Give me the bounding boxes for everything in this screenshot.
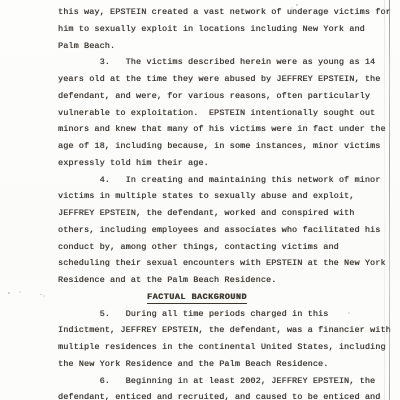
section-heading-text: FACTUAL BACKGROUND [147,292,247,304]
text-line: Indictment, JEFFREY EPSTEIN, the defenda… [58,322,336,339]
page-edge-shadow [384,0,385,400]
text-line: vulnerable to exploitation. EPSTEIN inte… [58,105,336,122]
document-lines: this way, EPSTEIN created a vast network… [58,4,336,400]
text-line: this way, EPSTEIN created a vast network… [58,4,336,21]
scan-noise-speck [40,294,42,295]
text-line: defendant, and were, for various reasons… [58,88,336,105]
page-edge-line [389,0,390,400]
text-line: years old at the time they were abused b… [58,71,336,88]
scanned-document-page: this way, EPSTEIN created a vast network… [0,0,400,400]
text-line: 6. Beginning in at least 2002, JEFFREY E… [58,373,336,390]
text-line: conduct by, among other things, contacti… [58,239,336,256]
text-line: JEFFREY EPSTEIN, the defendant, worked a… [58,205,336,222]
scan-noise-speck [8,292,10,294]
text-line: 5. During all time periods charged in th… [58,306,336,323]
text-line: 4. In creating and maintaining this netw… [58,172,336,189]
text-line: minors and knew that many of his victims… [58,121,336,138]
text-line: others, including employees and associat… [58,222,336,239]
section-heading: FACTUAL BACKGROUND [58,289,336,306]
text-line: Residence and at the Palm Beach Residenc… [58,272,336,289]
text-line: scheduling their sexual encounters with … [58,255,336,272]
text-line: defendant, enticed and recruited, and ca… [58,389,336,400]
text-line: victims in multiple states to sexually a… [58,188,336,205]
text-line: expressly told him their age. [58,155,336,172]
text-line: him to sexually exploit in locations inc… [58,21,336,38]
scan-noise-speck [348,312,350,314]
text-line: multiple residences in the continental U… [58,339,336,356]
text-line: 3. The victims described herein were as … [58,54,336,71]
text-line: age of 18, including because, in some in… [58,138,336,155]
text-line: the New York Residence and the Palm Beac… [58,356,336,373]
text-line: Palm Beach. [58,38,336,55]
